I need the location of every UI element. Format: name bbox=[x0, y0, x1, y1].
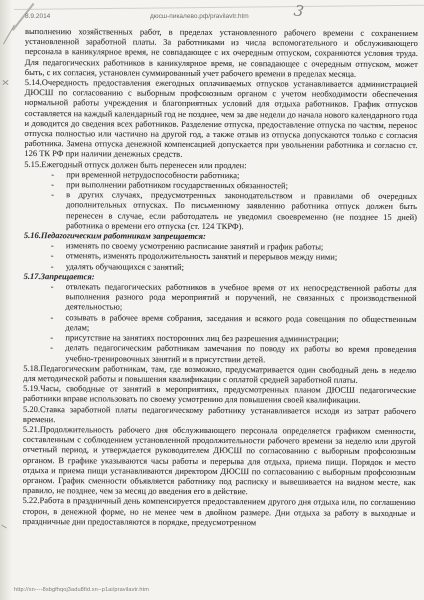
dash-marker: - bbox=[50, 332, 53, 342]
print-footer-url: http://xn----8sbgfhqoj3adu8fid.xn--p1ai/… bbox=[14, 587, 149, 593]
list-item-text: делать педагогическим работникам замечан… bbox=[65, 343, 416, 364]
dash-marker: - bbox=[50, 342, 53, 352]
list-item: -созывать в рабочее время собрания, засе… bbox=[23, 312, 416, 334]
list-5-17: -отвлекать педагогических работников в у… bbox=[23, 281, 416, 365]
list-item-text: созывать в рабочее время собрания, засед… bbox=[65, 312, 416, 332]
dash-marker: - bbox=[50, 312, 53, 322]
document-body: выполнению хозяйственных работ, в предел… bbox=[22, 26, 418, 528]
list-item-text: удалять обучающихся с занятий; bbox=[66, 261, 184, 272]
print-source-url: дюсш-пикалево.рф/pravilavtr.htm bbox=[150, 13, 249, 20]
print-date: 8.9.2014 bbox=[25, 13, 50, 20]
scanned-page: 8.9.2014 дюсш-пикалево.рф/pravilavtr.htm… bbox=[0, 0, 424, 600]
margin-pencil-mark-bottom bbox=[1, 525, 7, 529]
list-item: -удалять обучающихся с занятий; bbox=[24, 261, 417, 273]
list-5-15: -при временной нетрудоспособности работн… bbox=[24, 169, 417, 232]
list-item: -делать педагогическим работникам замеча… bbox=[23, 342, 416, 364]
list-item-text: в других случаях, предусмотренных законо… bbox=[66, 189, 417, 231]
paragraph-intro: выполнению хозяйственных работ, в предел… bbox=[25, 26, 418, 79]
dash-marker: - bbox=[51, 261, 54, 271]
dash-marker: - bbox=[51, 240, 54, 250]
dash-marker: - bbox=[51, 189, 54, 199]
dash-marker: - bbox=[51, 179, 54, 189]
paragraph-5-22: 5.22.Работа в праздничный день компенсир… bbox=[22, 495, 415, 528]
list-item-text: отвлекать педагогических работников в уч… bbox=[66, 281, 417, 312]
print-header: 8.9.2014 дюсш-пикалево.рф/pravilavtr.htm bbox=[0, 11, 424, 25]
paragraph-5-20: 5.20.Ставка заработной платы педагогичес… bbox=[23, 404, 416, 426]
paragraph-5-21: 5.21.Продолжительность рабочего дня обсл… bbox=[23, 424, 416, 497]
list-item: -отвлекать педагогических работников в у… bbox=[24, 281, 417, 314]
paragraph-5-14: 5.14.Очередность предоставления ежегодны… bbox=[24, 77, 417, 161]
list-item-text: при временной нетрудоспособности работни… bbox=[66, 169, 239, 180]
dash-marker: - bbox=[51, 281, 54, 291]
page-top-edge-line bbox=[14, 5, 424, 10]
list-5-16: -изменять по своему усмотрению расписани… bbox=[24, 240, 417, 273]
dash-marker: - bbox=[51, 169, 54, 179]
paragraph-5-18: 5.18.Педагогическим работникам, там, где… bbox=[23, 363, 416, 385]
paragraph-5-19: 5.19.Часы, свободные от занятий в меропр… bbox=[23, 383, 416, 405]
list-item: -в других случаях, предусмотренных закон… bbox=[24, 189, 417, 232]
dash-marker: - bbox=[51, 251, 54, 261]
page-corner-fold-line bbox=[3, 25, 15, 45]
